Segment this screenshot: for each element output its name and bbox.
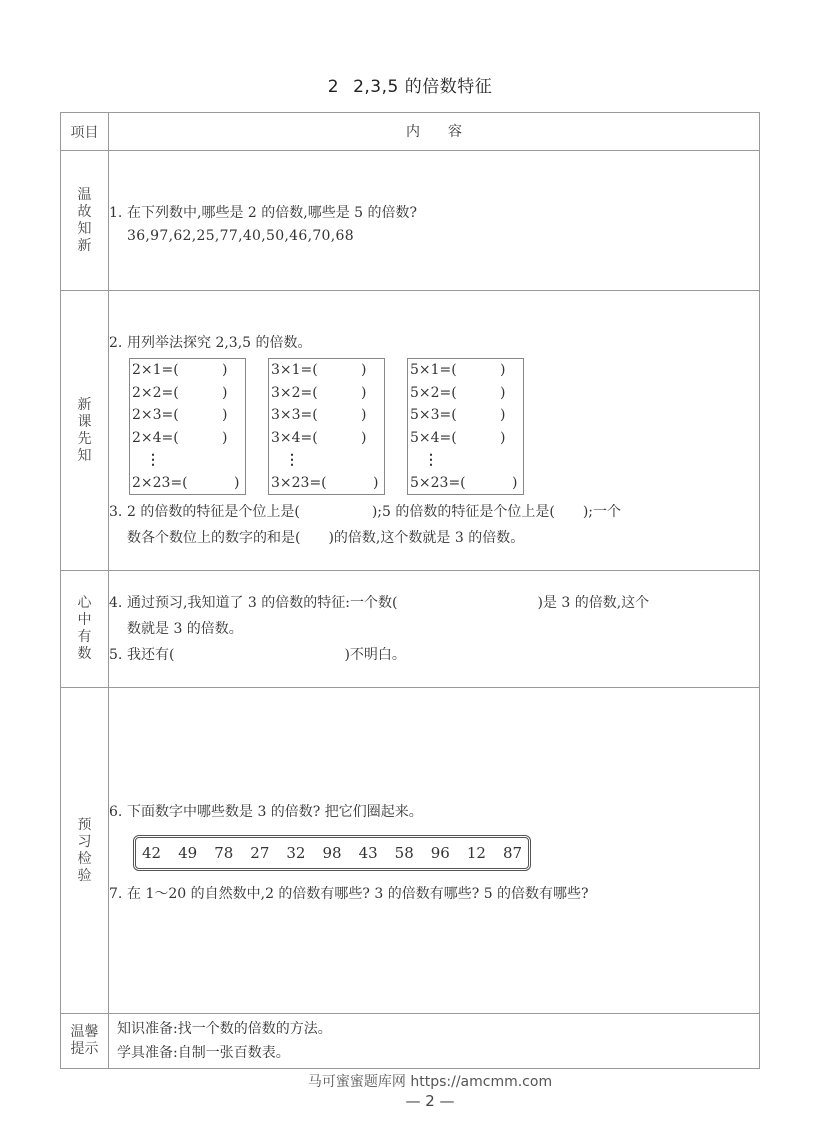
multiples-of-5-box: 5×1=() 5×2=() 5×3=() 5×4=() ⋮ 5×23=() (407, 358, 524, 495)
worksheet-table: 项目 内容 温故知新 1.在下列数中,哪些是 2 的倍数,哪些是 5 的倍数? … (60, 112, 760, 1069)
multiples-of-2-box: 2×1=() 2×2=() 2×3=() 2×4=() ⋮ 2×23=() (129, 358, 246, 495)
section-review: 温故知新 1.在下列数中,哪些是 2 的倍数,哪些是 5 的倍数? 36,97,… (61, 151, 760, 291)
lesson-title: 2,3,5 的倍数特征 (353, 77, 492, 97)
question-6: 6.下面数字中哪些数是 3 的倍数? 把它们圈起来。 (109, 799, 759, 825)
number-option[interactable]: 43 (359, 840, 378, 866)
question-7: 7.在 1～20 的自然数中,2 的倍数有哪些? 3 的倍数有哪些? 5 的倍数… (109, 881, 759, 907)
section-label: 新课先知 (77, 397, 93, 465)
number-option[interactable]: 27 (250, 840, 269, 866)
tip-tools: 学具准备:自制一张百数表。 (117, 1041, 759, 1065)
ellipsis: ⋮ (410, 449, 523, 472)
question-1-numbers: 36,97,62,25,77,40,50,46,70,68 (109, 226, 759, 246)
multiples-boxes: 2×1=() 2×2=() 2×3=() 2×4=() ⋮ 2×23=() 3×… (129, 358, 759, 495)
number-border-box: 4249782732984358961287 (133, 835, 531, 871)
number-option[interactable]: 32 (286, 840, 305, 866)
number-option[interactable]: 78 (214, 840, 233, 866)
number-option[interactable]: 96 (431, 840, 450, 866)
question-2: 2.用列举法探究 2,3,5 的倍数。 (109, 330, 759, 356)
tip-knowledge: 知识准备:找一个数的倍数的方法。 (117, 1017, 759, 1041)
page-number: — 2 — (0, 1092, 820, 1110)
section-label: 心中有数 (77, 595, 93, 663)
number-option[interactable]: 42 (142, 840, 161, 866)
section-tips: 温馨提示 知识准备:找一个数的倍数的方法。 学具准备:自制一张百数表。 (61, 1014, 760, 1069)
ellipsis: ⋮ (271, 449, 384, 472)
section-label: 预习检验 (77, 817, 93, 885)
header-content: 内容 (109, 113, 760, 151)
section-label: 温故知新 (77, 187, 93, 255)
page-title: 22,3,5 的倍数特征 (0, 72, 820, 97)
number-option[interactable]: 49 (178, 840, 197, 866)
question-3: 3.2 的倍数的特征是个位上是();5 的倍数的特征是个位上是();一个 (109, 499, 759, 525)
section-understanding: 心中有数 4.通过预习,我知道了 3 的倍数的特征:一个数()是 3 的倍数,这… (61, 571, 760, 688)
section-label: 温馨提示 (69, 1024, 101, 1058)
number-option[interactable]: 87 (503, 840, 522, 866)
number-option[interactable]: 12 (467, 840, 486, 866)
question-5: 5.我还有()不明白。 (109, 642, 759, 668)
section-new-lesson: 新课先知 2.用列举法探究 2,3,5 的倍数。 2×1=() 2×2=() 2… (61, 291, 760, 571)
table-header: 项目 内容 (61, 113, 760, 151)
question-1: 1.在下列数中,哪些是 2 的倍数,哪些是 5 的倍数? (109, 200, 759, 226)
ellipsis: ⋮ (132, 449, 245, 472)
section-check: 预习检验 6.下面数字中哪些数是 3 的倍数? 把它们圈起来。 42497827… (61, 688, 760, 1014)
number-option[interactable]: 98 (322, 840, 341, 866)
lesson-number: 2 (328, 77, 339, 97)
number-option[interactable]: 58 (395, 840, 414, 866)
footer-site: 马可蜜蜜题库网 https://amcmm.com (0, 1071, 820, 1091)
question-4: 4.通过预习,我知道了 3 的倍数的特征:一个数()是 3 的倍数,这个 (109, 590, 759, 616)
multiples-of-3-box: 3×1=() 3×2=() 3×3=() 3×4=() ⋮ 3×23=() (268, 358, 385, 495)
header-item: 项目 (61, 113, 109, 151)
